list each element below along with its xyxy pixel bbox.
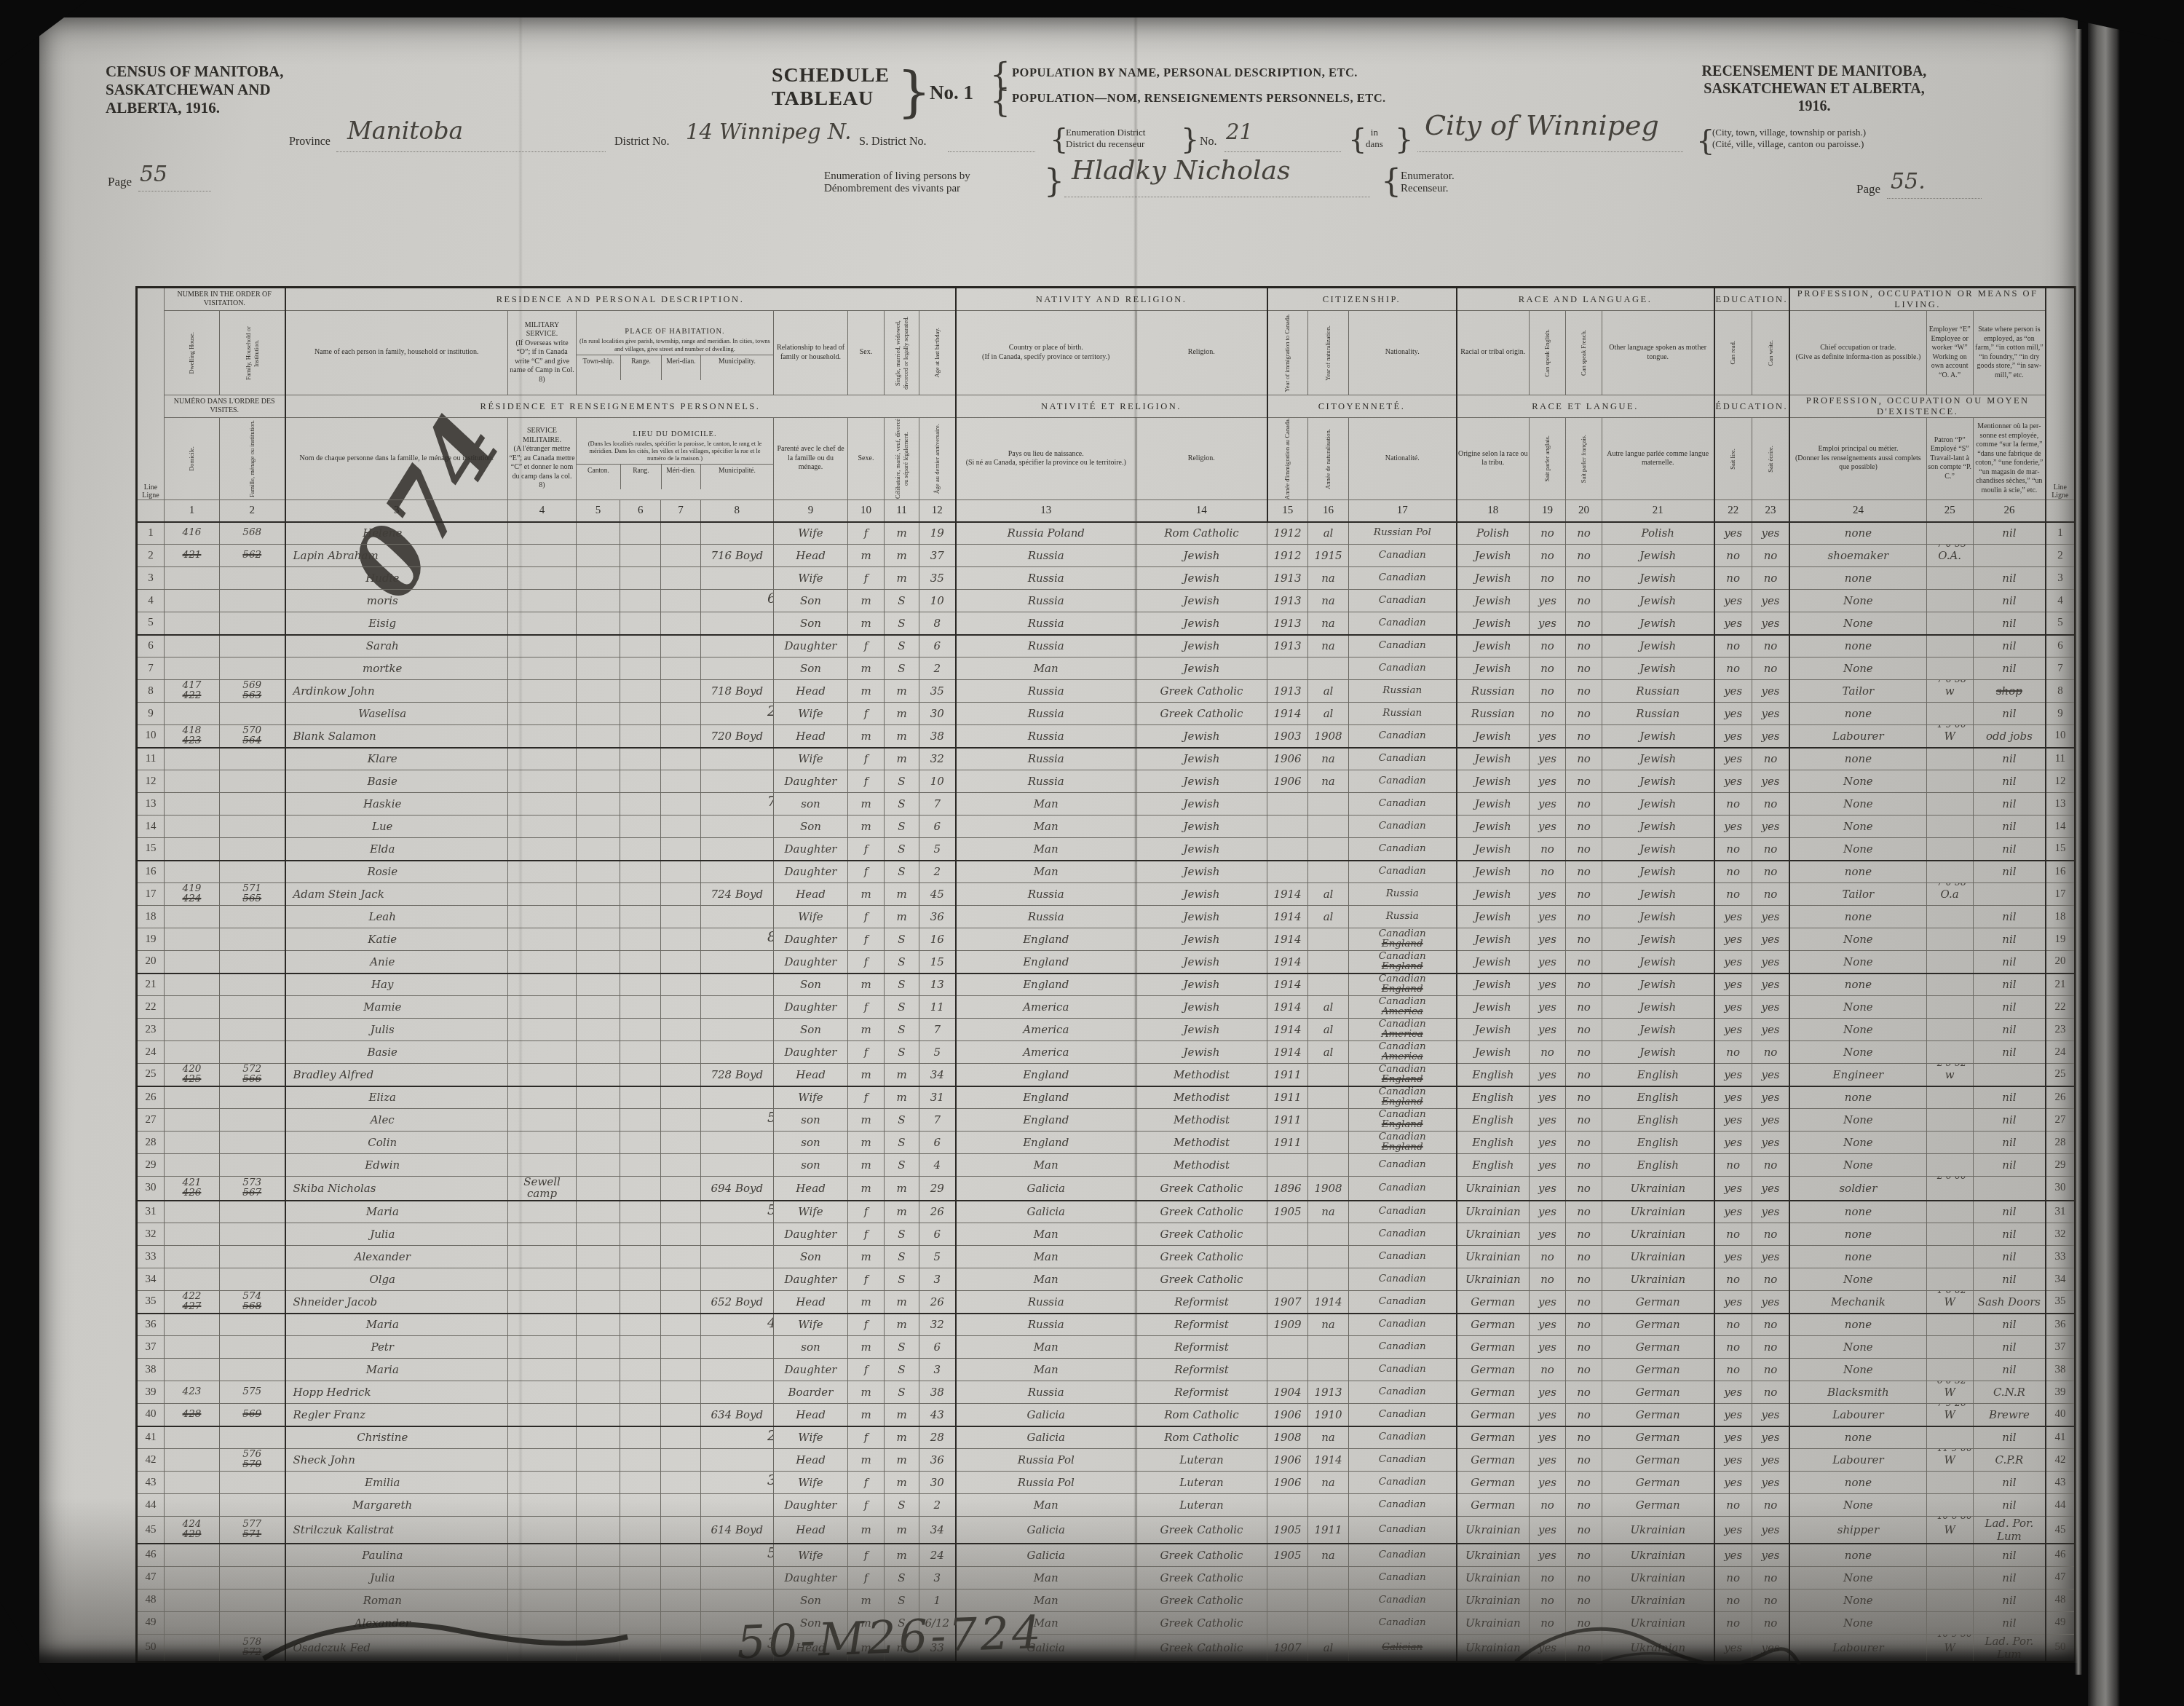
cell-english: yes: [1530, 590, 1566, 612]
cell-immigration: 1905: [1267, 1517, 1308, 1544]
cell-municipality: [700, 1019, 773, 1041]
cell-nationality: Galician: [1349, 1634, 1457, 1662]
table-row: 14LueSonmS6ManJewishCanadianJewishyesnoJ…: [137, 816, 2076, 838]
cell-naturalization: na: [1308, 1544, 1349, 1566]
cell-employment: [1926, 1086, 1973, 1109]
cell-marital: m: [885, 1201, 919, 1223]
section-title-fr: CITOYENNETÉ.: [1267, 395, 1457, 418]
cell-line-left: 8: [137, 680, 165, 703]
cell-where-employed: Brewre: [1973, 1404, 2046, 1426]
ruled-line: [138, 191, 211, 191]
cell-municipality: [700, 838, 773, 861]
cell-tongue: Ukrainian: [1602, 1566, 1714, 1589]
cell-dwelling: 424429: [165, 1517, 220, 1544]
col-header-where-employed: State where person is employed, as “on f…: [1973, 311, 2046, 395]
cell-range: [620, 1154, 661, 1177]
cell-age: 26: [919, 1291, 956, 1314]
cell-line-right: 48: [2046, 1589, 2075, 1611]
cell-dwelling: [165, 1154, 220, 1177]
cell-sex: m: [848, 1336, 885, 1359]
cell-meridian: [661, 1472, 700, 1494]
cell-read: yes: [1714, 725, 1752, 748]
cell-family: [220, 816, 285, 838]
cell-family: [220, 996, 285, 1019]
cell-sex: m: [848, 793, 885, 816]
cell-occupation: None: [1789, 951, 1926, 974]
cell-tongue: Jewish: [1602, 996, 1714, 1019]
cell-employment: W7-9-26: [1926, 1404, 1973, 1426]
cell-tongue: Jewish: [1602, 657, 1714, 680]
cell-immigration: 1913: [1267, 567, 1308, 590]
cell-english: no: [1530, 635, 1566, 657]
column-number: 2: [220, 500, 285, 522]
col-header-nationality: Nationalité.: [1349, 418, 1457, 500]
cell-origin: Jewish: [1457, 951, 1530, 974]
cell-meridian: [661, 951, 700, 974]
cell-line-right: 11: [2046, 748, 2075, 770]
cell-range: [620, 883, 661, 906]
cell-relationship: Daughter: [774, 1268, 848, 1291]
cell-dwelling: [165, 1426, 220, 1449]
cell-sex: m: [848, 974, 885, 996]
cell-occupation: none: [1789, 1472, 1926, 1494]
cell-occupation: soldier: [1789, 1177, 1926, 1201]
cell-occupation: none: [1789, 1544, 1926, 1566]
enumerator-signature: Hladky Nicholas: [1072, 156, 1291, 186]
header-row: LineLigneNUMBER IN THE ORDER OF VISITATI…: [137, 288, 2076, 311]
title-line: 1916.: [1632, 98, 1996, 115]
cell-birthplace: Russia: [956, 680, 1136, 703]
col-header-dwelling: Dwelling House.: [165, 311, 220, 395]
cell-meridian: [661, 1086, 700, 1109]
cell-age: 30: [919, 703, 956, 725]
cell-range: [620, 974, 661, 996]
cell-occupation: None: [1789, 1566, 1926, 1589]
cell-nationality: CanadianEngland: [1349, 974, 1457, 996]
column-number: 19: [1530, 500, 1566, 522]
col-header-marital: Célibataire, marié, veuf, divorcé ou sép…: [885, 418, 919, 500]
line-column-header: LineLigne: [137, 288, 165, 500]
cell-origin: Ukrainian: [1457, 1177, 1530, 1201]
schedule-title: SCHEDULE TABLEAU: [772, 64, 890, 111]
cell-french: no: [1566, 680, 1602, 703]
cell-origin: Jewish: [1457, 928, 1530, 951]
cell-tongue: Russian: [1602, 680, 1714, 703]
cell-marital: S: [885, 793, 919, 816]
cell-family: [220, 1201, 285, 1223]
cell-origin: Jewish: [1457, 635, 1530, 657]
cell-township: [577, 1404, 620, 1426]
cell-where-employed: Lad. Por. Lum: [1973, 1634, 2046, 1662]
cell-religion: Jewish: [1136, 590, 1267, 612]
cell-where-employed: nil: [1973, 748, 2046, 770]
cell-family: [220, 1472, 285, 1494]
cell-line-right: 10: [2046, 725, 2075, 748]
cell-occupation: None: [1789, 928, 1926, 951]
cell-birthplace: Russia: [956, 590, 1136, 612]
cell-meridian: [661, 816, 700, 838]
cell-french: no: [1566, 883, 1602, 906]
page-label-right: Page: [1856, 182, 1880, 197]
cell-family: [220, 1041, 285, 1064]
column-number: 16: [1308, 500, 1349, 522]
cell-employment: [1926, 1132, 1973, 1154]
cell-relationship: Wife: [774, 1201, 848, 1223]
cell-where-employed: nil: [1973, 590, 2046, 612]
cell-dwelling: 422427: [165, 1291, 220, 1314]
table-row: 41Christine2Wifefm28GaliciaRom Catholic1…: [137, 1426, 2076, 1449]
title-line: SASKATCHEWAN ET ALBERTA,: [1632, 80, 1996, 98]
cell-name: Lue: [285, 816, 508, 838]
cell-line-left: 2: [137, 545, 165, 567]
cell-name: Regler Franz: [285, 1404, 508, 1426]
cell-tongue: German: [1602, 1381, 1714, 1404]
cell-name: Hudie: [285, 567, 508, 590]
cell-family: [220, 861, 285, 883]
col-header-nationality: Nationality.: [1349, 311, 1457, 395]
cell-read: no: [1714, 1336, 1752, 1359]
cell-marital: m: [885, 1449, 919, 1472]
cell-birthplace: Man: [956, 657, 1136, 680]
cell-english: yes: [1530, 1223, 1566, 1246]
cell-religion: Rom Catholic: [1136, 1404, 1267, 1426]
cell-religion: Greek Catholic: [1136, 1589, 1267, 1611]
cell-line-right: 15: [2046, 838, 2075, 861]
cell-relationship: Wife: [774, 1472, 848, 1494]
cell-immigration: 1913: [1267, 635, 1308, 657]
cell-naturalization: [1308, 1246, 1349, 1268]
cell-birthplace: Man: [956, 1494, 1136, 1517]
cell-occupation: none: [1789, 635, 1926, 657]
cell-age: 31: [919, 1086, 956, 1109]
cell-read: yes: [1714, 703, 1752, 725]
cell-english: yes: [1530, 1154, 1566, 1177]
cell-where-employed: nil: [1973, 1041, 2046, 1064]
cell-naturalization: [1308, 1268, 1349, 1291]
cell-dwelling: [165, 1314, 220, 1336]
cell-english: no: [1530, 680, 1566, 703]
cell-occupation: none: [1789, 974, 1926, 996]
cell-dwelling: [165, 770, 220, 793]
cell-municipality: [700, 1154, 773, 1177]
cell-marital: m: [885, 1472, 919, 1494]
cell-immigration: [1267, 1268, 1308, 1291]
cell-sex: f: [848, 906, 885, 928]
cell-french: no: [1566, 522, 1602, 545]
cell-line-left: 24: [137, 1041, 165, 1064]
cell-relationship: Son: [774, 974, 848, 996]
cell-read: yes: [1714, 1544, 1752, 1566]
cell-read: no: [1714, 1154, 1752, 1177]
cell-municipality: [700, 1589, 773, 1611]
cell-line-left: 1: [137, 522, 165, 545]
cell-marital: S: [885, 838, 919, 861]
cell-write: yes: [1752, 1517, 1789, 1544]
cell-read: no: [1714, 1314, 1752, 1336]
cell-dwelling: [165, 1223, 220, 1246]
table-row: 13Haskie7sonmS7ManJewishCanadianJewishye…: [137, 793, 2076, 816]
cell-line-left: 25: [137, 1064, 165, 1086]
cell-origin: Jewish: [1457, 906, 1530, 928]
cell-read: no: [1714, 1223, 1752, 1246]
cell-employment: W1-9-00: [1926, 725, 1973, 748]
cell-french: no: [1566, 1177, 1602, 1201]
col-header-can-write: Sait écrire.: [1752, 418, 1789, 500]
cell-read: yes: [1714, 951, 1752, 974]
cell-french: no: [1566, 974, 1602, 996]
cell-sex: m: [848, 545, 885, 567]
cell-age: 8: [919, 612, 956, 635]
column-number: 24: [1789, 500, 1926, 522]
table-row: 7mortkeSonmS2ManJewishCanadianJewishnono…: [137, 657, 2076, 680]
cell-dwelling: [165, 1246, 220, 1268]
cell-occupation: None: [1789, 770, 1926, 793]
cell-range: [620, 1494, 661, 1517]
cell-range: [620, 590, 661, 612]
col-header-origin: Racial or tribal origin.: [1457, 311, 1530, 395]
cell-relationship: Daughter: [774, 1359, 848, 1381]
cell-birthplace: Man: [956, 816, 1136, 838]
cell-tongue: Ukrainian: [1602, 1268, 1714, 1291]
cell-employment: [1926, 1109, 1973, 1132]
cell-tongue: Jewish: [1602, 793, 1714, 816]
cell-age: 2: [919, 657, 956, 680]
cell-relationship: Head: [774, 1449, 848, 1472]
cell-read: no: [1714, 1268, 1752, 1291]
cell-range: [620, 1336, 661, 1359]
cell-marital: m: [885, 1517, 919, 1544]
cell-religion: Jewish: [1136, 770, 1267, 793]
cell-read: yes: [1714, 996, 1752, 1019]
cell-write: no: [1752, 748, 1789, 770]
cell-municipality: [700, 612, 773, 635]
cell-meridian: [661, 1064, 700, 1086]
province-label: Province: [289, 135, 331, 149]
cell-township: [577, 793, 620, 816]
cell-sex: m: [848, 1589, 885, 1611]
cell-nationality: Canadian: [1349, 1268, 1457, 1291]
cell-dwelling: [165, 996, 220, 1019]
col-header-family: Family, Household or Institution.: [220, 311, 285, 395]
cell-line-left: 14: [137, 816, 165, 838]
cell-write: no: [1752, 1359, 1789, 1381]
cell-marital: m: [885, 1064, 919, 1086]
cell-birthplace: Man: [956, 861, 1136, 883]
cell-age: 10: [919, 590, 956, 612]
cell-employment: w7-6-58: [1926, 680, 1973, 703]
cell-range: [620, 1268, 661, 1291]
cell-range: [620, 1177, 661, 1201]
cell-tongue: Jewish: [1602, 567, 1714, 590]
cell-birthplace: England: [956, 1086, 1136, 1109]
table-row: 3HudieWifefm35RussiaJewish1913naCanadian…: [137, 567, 2076, 590]
cell-french: no: [1566, 770, 1602, 793]
cell-where-employed: nil: [1973, 1544, 2046, 1566]
cell-birthplace: America: [956, 996, 1136, 1019]
cell-age: 45: [919, 883, 956, 906]
cell-family: [220, 635, 285, 657]
cell-english: yes: [1530, 1517, 1566, 1544]
cell-where-employed: nil: [1973, 1109, 2046, 1132]
cell-french: no: [1566, 1494, 1602, 1517]
cell-immigration: [1267, 1494, 1308, 1517]
table-row: 39423575Hopp HedrickBoardermS38RussiaRef…: [137, 1381, 2076, 1404]
cell-occupation: none: [1789, 522, 1926, 545]
cell-line-right: 20: [2046, 951, 2075, 974]
table-row: 17419424571565Adam Stein Jack724 BoydHea…: [137, 883, 2076, 906]
cell-township: [577, 1223, 620, 1246]
cell-family: 569: [220, 1404, 285, 1426]
cell-municipality: [700, 770, 773, 793]
cell-read: yes: [1714, 522, 1752, 545]
cell-dwelling: 423: [165, 1381, 220, 1404]
column-number: 14: [1136, 500, 1267, 522]
cell-range: [620, 861, 661, 883]
cell-where-employed: nil: [1973, 1426, 2046, 1449]
cell-sex: m: [848, 1177, 885, 1201]
cell-read: yes: [1714, 816, 1752, 838]
cell-english: yes: [1530, 816, 1566, 838]
cell-read: no: [1714, 545, 1752, 567]
cell-line-right: 27: [2046, 1109, 2075, 1132]
cell-sex: f: [848, 1268, 885, 1291]
cell-name: Margareth: [285, 1494, 508, 1517]
cell-french: no: [1566, 1086, 1602, 1109]
population-line-fr: POPULATION—NOM, RENSEIGNEMENTS PERSONNEL…: [1012, 91, 1386, 106]
cell-age: 4: [919, 1154, 956, 1177]
cell-dwelling: [165, 635, 220, 657]
cell-occupation: None: [1789, 996, 1926, 1019]
col-subheader: Municipalité.: [700, 465, 773, 489]
cell-birthplace: Galicia: [956, 1404, 1136, 1426]
cell-township: [577, 1472, 620, 1494]
cell-birthplace: Man: [956, 1154, 1136, 1177]
col-header-speak-french: Sait parler français.: [1566, 418, 1602, 500]
cell-french: no: [1566, 657, 1602, 680]
cell-read: yes: [1714, 1449, 1752, 1472]
cell-tongue: Ukrainian: [1602, 1517, 1714, 1544]
table-row: 9Waselisa2Wifefm30RussiaGreek Catholic19…: [137, 703, 2076, 725]
cell-family: [220, 590, 285, 612]
cell-age: 29: [919, 1177, 956, 1201]
cell-birthplace: Russia: [956, 612, 1136, 635]
cell-marital: S: [885, 996, 919, 1019]
cell-nationality: Canadian: [1349, 1611, 1457, 1634]
cell-naturalization: al: [1308, 1019, 1349, 1041]
table-row: 46Paulina5Wifefm24GaliciaGreek Catholic1…: [137, 1544, 2076, 1566]
cell-meridian: [661, 928, 700, 951]
cell-name: Julia: [285, 1223, 508, 1246]
ed-no-label: No.: [1200, 135, 1217, 149]
cell-marital: S: [885, 1246, 919, 1268]
cell-french: no: [1566, 816, 1602, 838]
cell-family: [220, 1086, 285, 1109]
cell-french: no: [1566, 838, 1602, 861]
cell-age: 43: [919, 1404, 956, 1426]
cell-tongue: Jewish: [1602, 635, 1714, 657]
cell-sex: f: [848, 996, 885, 1019]
table-row: 6SarahDaughterfS6RussiaJewish1913naCanad…: [137, 635, 2076, 657]
cell-employment: [1926, 1589, 1973, 1611]
cell-relationship: Head: [774, 1517, 848, 1544]
cell-name: Maria: [285, 1314, 508, 1336]
cell-township: [577, 590, 620, 612]
cell-occupation: None: [1789, 816, 1926, 838]
cell-name: mortke: [285, 657, 508, 680]
brace-icon: {: [1381, 163, 1401, 200]
locality-value: City of Winnipeg: [1425, 109, 1659, 141]
cell-range: [620, 1291, 661, 1314]
cell-relationship: Head: [774, 725, 848, 748]
cell-line-right: 2: [2046, 545, 2075, 567]
cell-meridian: [661, 1109, 700, 1132]
cell-sex: m: [848, 1019, 885, 1041]
cell-where-employed: odd jobs: [1973, 725, 2046, 748]
cell-english: yes: [1530, 906, 1566, 928]
table-row: 18LeahWifefm36RussiaJewish1914alRussiaJe…: [137, 906, 2076, 928]
cell-immigration: 1914: [1267, 906, 1308, 928]
cell-where-employed: nil: [1973, 838, 2046, 861]
col-header-speak-french: Can speak French.: [1566, 311, 1602, 395]
district-no-label: District No.: [614, 135, 670, 149]
cell-meridian: [661, 793, 700, 816]
cell-naturalization: na: [1308, 612, 1349, 635]
cell-occupation: none: [1789, 1201, 1926, 1223]
section-title-en: CITIZENSHIP.: [1267, 288, 1457, 311]
cell-relationship: Head: [774, 1291, 848, 1314]
cell-municipality: [700, 906, 773, 928]
column-number: 3: [285, 500, 508, 522]
cell-where-employed: nil: [1973, 567, 2046, 590]
cell-range: [620, 928, 661, 951]
cell-write: yes: [1752, 680, 1789, 703]
cell-write: yes: [1752, 590, 1789, 612]
cell-municipality: 724 Boyd: [700, 883, 773, 906]
cell-sex: m: [848, 1381, 885, 1404]
cell-birthplace: Man: [956, 1223, 1136, 1246]
cell-municipality: 694 Boyd: [700, 1177, 773, 1201]
cell-relationship: Daughter: [774, 928, 848, 951]
cell-nationality: Canadian: [1349, 1201, 1457, 1223]
cell-township: [577, 928, 620, 951]
cell-age: 13: [919, 974, 956, 996]
cell-where-employed: nil: [1973, 1336, 2046, 1359]
paper-crease: [518, 16, 523, 1663]
cell-relationship: Daughter: [774, 1566, 848, 1589]
cell-township: [577, 861, 620, 883]
cell-write: yes: [1752, 928, 1789, 951]
cell-nationality: Canadian: [1349, 838, 1457, 861]
cell-nationality: Canadian: [1349, 793, 1457, 816]
cell-line-right: 17: [2046, 883, 2075, 906]
cell-age: 38: [919, 1381, 956, 1404]
cell-english: no: [1530, 1566, 1566, 1589]
cell-sex: f: [848, 1544, 885, 1566]
cell-immigration: 1914: [1267, 974, 1308, 996]
cell-range: [620, 1566, 661, 1589]
cell-meridian: [661, 906, 700, 928]
cell-employment: [1926, 657, 1973, 680]
cell-sex: m: [848, 657, 885, 680]
cell-name: Julia: [285, 1566, 508, 1589]
cell-occupation: none: [1789, 748, 1926, 770]
cell-meridian: [661, 861, 700, 883]
cell-occupation: none: [1789, 861, 1926, 883]
column-number: 5: [577, 500, 620, 522]
table-row: 4moris6SonmS10RussiaJewish1913naCanadian…: [137, 590, 2076, 612]
cell-immigration: 1913: [1267, 590, 1308, 612]
cell-line-right: 42: [2046, 1449, 2075, 1472]
